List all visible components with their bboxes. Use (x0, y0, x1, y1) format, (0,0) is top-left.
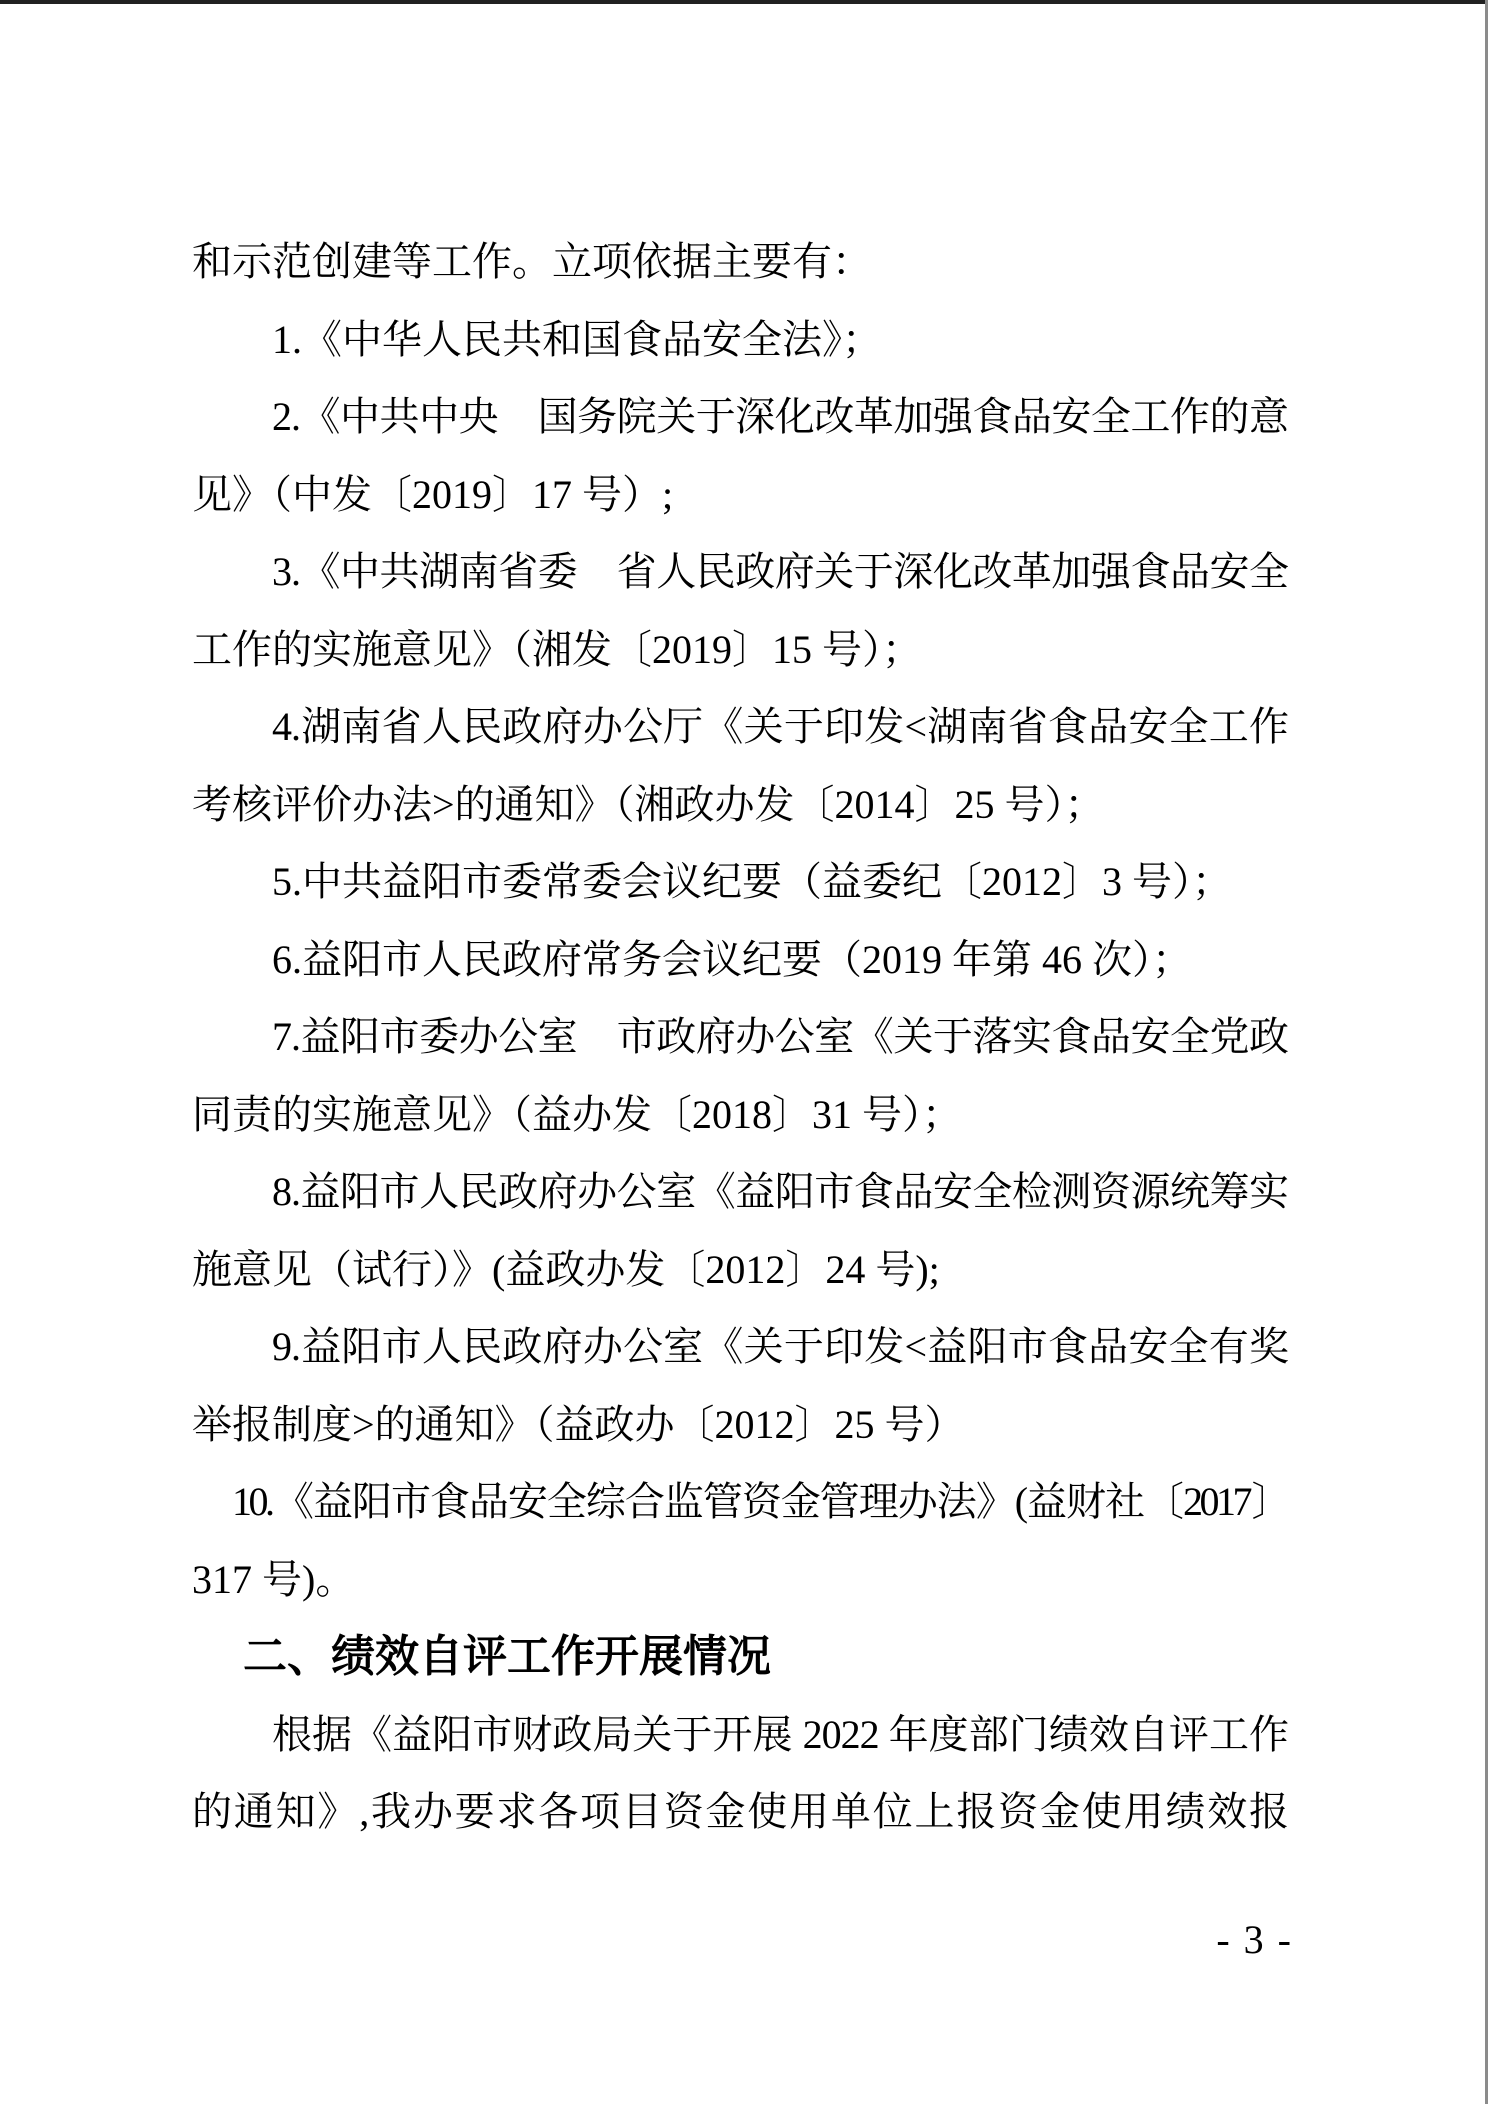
page-number: - 3 - (1216, 1920, 1293, 1960)
text-line: 见》（中发〔2019〕17 号）; (192, 456, 1288, 534)
text-line: 5.中共益阳市委常委会议纪要（益委纪〔2012〕3 号）； (192, 843, 1288, 921)
text-line: 同责的实施意见》（益办发〔2018〕31 号）； (192, 1076, 1288, 1154)
text-line: 1.《中华人民共和国食品安全法》； (192, 301, 1288, 379)
text-line: 和示范创建等工作。立项依据主要有： (192, 223, 1288, 301)
text-line: 3.《中共湖南省委 省人民政府关于深化改革加强食品安全 (192, 533, 1288, 611)
page-top-border (0, 0, 1488, 4)
section-heading: 二、绩效自评工作开展情况 (192, 1618, 1288, 1696)
text-line: 317 号)。 (192, 1541, 1288, 1619)
text-line: 举报制度>的通知》（益政办〔2012〕25 号） (192, 1386, 1288, 1464)
text-line: 根据《益阳市财政局关于开展 2022 年度部门绩效自评工作 (192, 1696, 1288, 1774)
text-line: 工作的实施意见》（湘发〔2019〕15 号）； (192, 611, 1288, 689)
text-line: 9.益阳市人民政府办公室《关于印发<益阳市食品安全有奖 (192, 1308, 1288, 1386)
document-body: 和示范创建等工作。立项依据主要有：1.《中华人民共和国食品安全法》；2.《中共中… (192, 223, 1288, 1851)
text-line: 8.益阳市人民政府办公室《益阳市食品安全检测资源统筹实 (192, 1153, 1288, 1231)
text-line: 2.《中共中央 国务院关于深化改革加强食品安全工作的意 (192, 378, 1288, 456)
text-line: 7.益阳市委办公室 市政府办公室《关于落实食品安全党政 (192, 998, 1288, 1076)
text-line: 4.湖南省人民政府办公厅《关于印发<湖南省食品安全工作 (192, 688, 1288, 766)
text-line: 10.《益阳市食品安全综合监管资金管理办法》(益财社〔2017〕 (192, 1463, 1288, 1541)
text-line: 施意见（试行）》(益政办发〔2012〕24 号); (192, 1231, 1288, 1309)
document-page: { "page": { "background_color": "#ffffff… (0, 0, 1488, 2104)
text-line: 考核评价办法>的通知》（湘政办发〔2014〕25 号）； (192, 766, 1288, 844)
text-line: 6.益阳市人民政府常务会议纪要（2019 年第 46 次）； (192, 921, 1288, 999)
text-line: 的通知》,我办要求各项目资金使用单位上报资金使用绩效报告， (192, 1773, 1288, 1851)
